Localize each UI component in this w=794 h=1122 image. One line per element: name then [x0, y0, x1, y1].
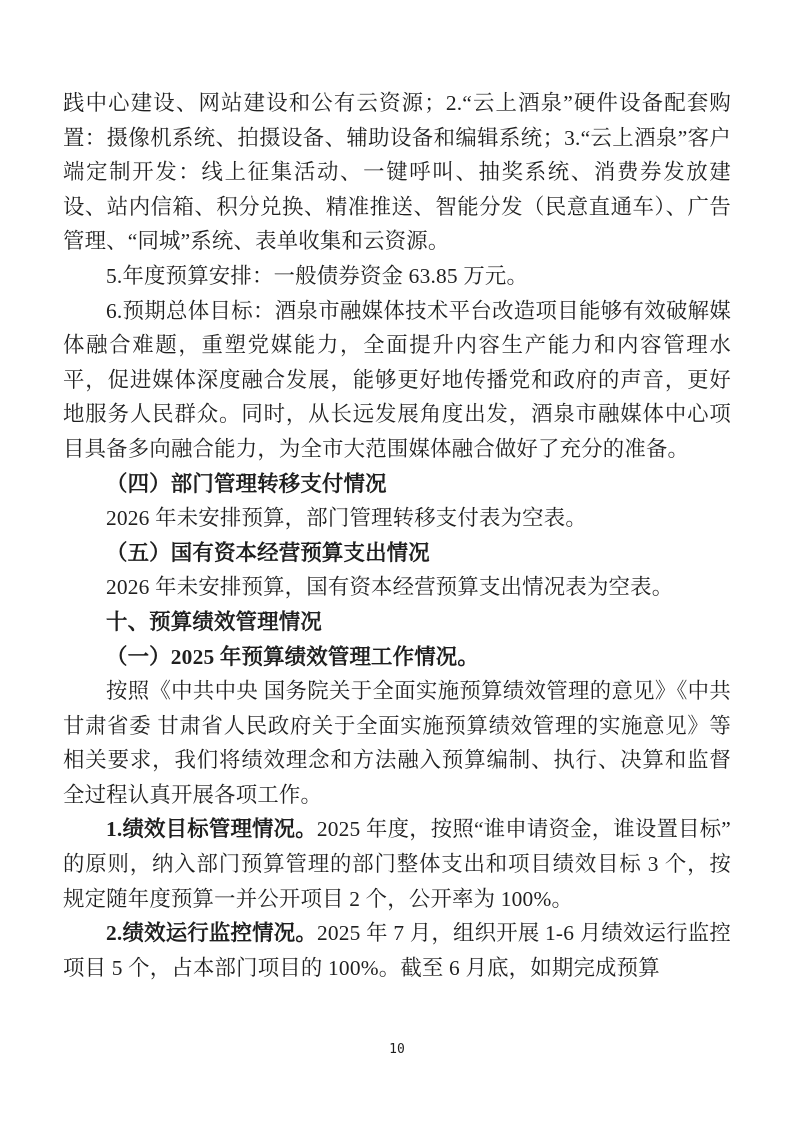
heading-section-4-transfer-payments: （四）部门管理转移支付情况 [63, 467, 731, 502]
page-number: 10 [0, 1042, 794, 1057]
para-performance-policy-basis: 按照《中共中央 国务院关于全面实施预算绩效管理的意见》《中共甘肃省委 甘肃省人民… [63, 674, 731, 812]
para-performance-monitoring: 2.绩效运行监控情况。2025 年 7 月，组织开展 1-6 月绩效运行监控项目… [63, 916, 731, 985]
para-lead-performance-target: 1.绩效目标管理情况。 [106, 817, 317, 841]
page-body: 践中心建设、网站建设和公有云资源；2.“云上酒泉”硬件设备配套购置：摄像机系统、… [63, 86, 731, 985]
para-lead-performance-monitoring: 2.绩效运行监控情况。 [106, 921, 317, 945]
para-performance-target-management: 1.绩效目标管理情况。2025 年度，按照“谁申请资金，谁设置目标”的原则，纳入… [63, 812, 731, 916]
heading-section-5-soe-budget: （五）国有资本经营预算支出情况 [63, 536, 731, 571]
heading-chapter-10-performance-management: 十、预算绩效管理情况 [63, 605, 731, 640]
para-transfer-payments-empty: 2026 年未安排预算，部门管理转移支付表为空表。 [63, 501, 731, 536]
paragraph-continued-project-scope: 践中心建设、网站建设和公有云资源；2.“云上酒泉”硬件设备配套购置：摄像机系统、… [63, 86, 731, 259]
item-6-expected-goals: 6.预期总体目标：酒泉市融媒体技术平台改造项目能够有效破解媒体融合难题，重塑党媒… [63, 294, 731, 467]
item-5-annual-budget: 5.年度预算安排：一般债券资金 63.85 万元。 [63, 259, 731, 294]
heading-2025-performance-work: （一）2025 年预算绩效管理工作情况。 [63, 640, 731, 675]
para-soe-budget-empty: 2026 年未安排预算，国有资本经营预算支出情况表为空表。 [63, 570, 731, 605]
document-page: 践中心建设、网站建设和公有云资源；2.“云上酒泉”硬件设备配套购置：摄像机系统、… [0, 0, 794, 1122]
